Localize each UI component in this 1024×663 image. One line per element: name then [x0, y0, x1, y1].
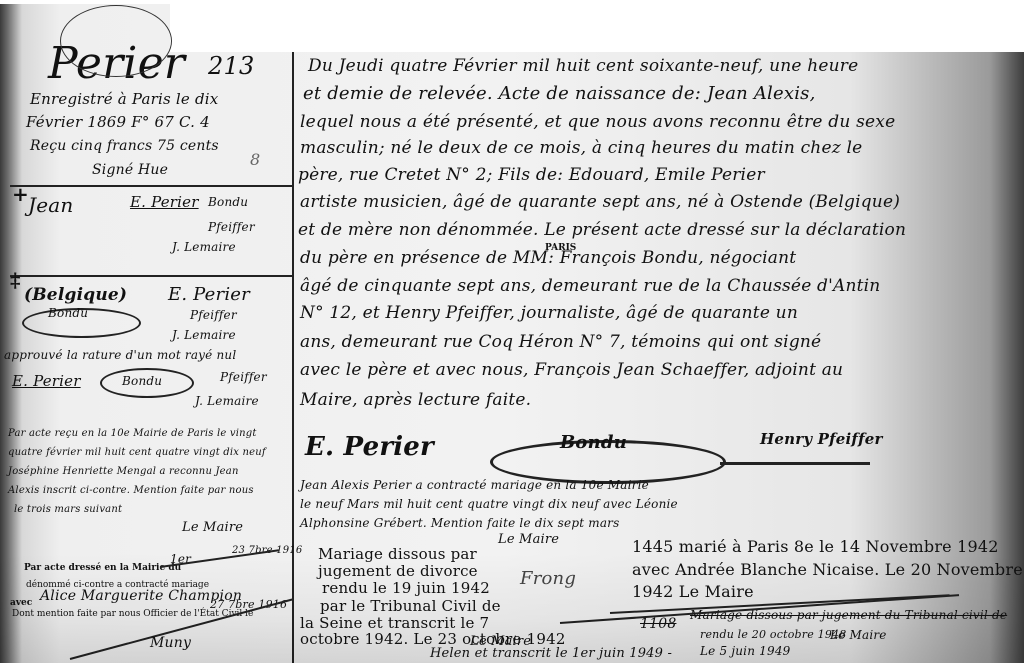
act-line: et demie de relevée. Acte de naissance d… — [303, 83, 816, 104]
marriage2-line: 1942 Le Maire — [632, 582, 754, 601]
scan-border — [0, 0, 170, 4]
double-cross-mark: ‡ — [10, 268, 20, 292]
act-line: père, rue Cretet N° 2; Fils de: Edouard,… — [298, 165, 765, 185]
marriage-mention-line: Alphonsine Grébert. Mention faite le dix… — [300, 516, 619, 530]
divorce-signature: Le Maire — [470, 634, 531, 649]
marriage-mention-signature: Le Maire — [498, 532, 559, 547]
printed-mention-signature: Muny — [150, 635, 191, 651]
signature-bondu: Bondu — [560, 432, 627, 453]
registration-line: Signé Hue — [92, 162, 168, 178]
margin-rule — [10, 185, 292, 187]
approval-signature-officer: J. Lemaire — [195, 394, 259, 408]
signature-perier: E. Perier — [305, 432, 434, 462]
divorce-line: octobre 1942. Le 23 octobre 1942 — [300, 630, 566, 648]
divorce-line: Mariage dissous par — [318, 545, 477, 563]
approval-note: approuvé la rature d'un mot rayé nul — [4, 348, 236, 362]
strike-line — [560, 594, 959, 624]
mention-line: Joséphine Henriette Mengal a reconnu Jea… — [8, 466, 239, 477]
signature-pfeiffer: Pfeiffer — [190, 308, 237, 322]
registration-line: Enregistré à Paris le dix — [30, 90, 218, 108]
dissolution-date: Le 5 juin 1949 — [700, 644, 791, 658]
dissolution-line: rendu le 20 octobre 1948 — [700, 628, 846, 641]
approval-signature-pfeiffer: Pfeiffer — [220, 370, 267, 384]
flourish-decoration — [60, 5, 172, 77]
given-name: Jean — [28, 193, 73, 217]
act-line: ans, demeurant rue Coq Héron N° 7, témoi… — [300, 332, 821, 352]
printed-mention-date: 27 7bre 1916 — [210, 598, 287, 611]
marriage2-line: 1445 marié à Paris 8e le 14 Novembre 194… — [632, 537, 999, 556]
margin-rule — [10, 275, 292, 277]
signature-perier: E. Perier — [168, 284, 250, 305]
mention-line: quatre février mil huit cent quatre ving… — [8, 447, 266, 458]
dissolution-signature: Le Maire — [830, 628, 887, 642]
mention-line: Par acte reçu en la 10e Mairie de Paris … — [8, 428, 257, 439]
strike-line — [70, 599, 293, 660]
signature-underline — [720, 462, 870, 465]
divorce-line: par le Tribunal Civil de — [320, 597, 501, 615]
signature-officer: J. Lemaire — [172, 240, 236, 254]
marriage2-line: avec Andrée Blanche Nicaise. Le 20 Novem… — [632, 560, 1023, 579]
act-number: 213 — [208, 52, 254, 80]
signature-officer: J. Lemaire — [172, 328, 236, 342]
dissolution-number: 1108 — [640, 616, 676, 632]
cross-mark: + — [12, 182, 29, 206]
act-line: et de mère non dénommée. Le présent acte… — [298, 220, 906, 240]
act-line: Maire, après lecture faite. — [300, 390, 531, 410]
act-line: avec le père et avec nous, François Jean… — [300, 360, 843, 380]
transcription-note: Helen et transcrit le 1er juin 1949 - — [430, 646, 672, 661]
marriage-mention-line: le neuf Mars mil huit cent quatre vingt … — [300, 497, 678, 511]
printed-mention-line: dénommé ci-contre a contracté mariage — [26, 580, 209, 590]
strike-line — [160, 549, 279, 568]
marriage-mention-line: Jean Alexis Perier a contracté mariage e… — [300, 478, 649, 492]
signature-bondu: Bondu — [208, 195, 248, 209]
act-line: âgé de cinquante sept ans, demeurant rue… — [300, 276, 880, 296]
scanned-register-page: Perier 213 Enregistré à Paris le dix Fév… — [0, 0, 1024, 663]
signature-perier: E. Perier — [130, 193, 199, 211]
mention-signature: Le Maire — [182, 520, 243, 535]
mention-line: Alexis inscrit ci-contre. Mention faite … — [8, 485, 254, 496]
printed-mention-line: Par acte dressé en la Mairie du — [24, 563, 181, 573]
printed-mention-line: Dont mention faite par nous Officier de … — [12, 609, 253, 619]
divorce-signature-name: Frong — [520, 568, 576, 589]
strike-line — [610, 594, 950, 614]
registration-note: 8 — [250, 150, 260, 169]
act-line: masculin; né le deux de ce mois, à cinq … — [300, 138, 862, 158]
belgique-label: (Belgique) — [24, 285, 127, 305]
act-line: N° 12, et Henry Pfeiffer, journaliste, â… — [300, 303, 798, 323]
printed-mention-avec: avec — [10, 598, 32, 608]
printed-mention-arrondissement: 1er — [170, 552, 191, 566]
divorce-line: rendu le 19 juin 1942 — [322, 579, 490, 597]
act-line: du père en présence de MM: François Bond… — [300, 248, 796, 268]
divorce-line: la Seine et transcrit le 7 — [300, 614, 489, 632]
signature-bondu: Bondu — [48, 306, 88, 320]
act-line: lequel nous a été présenté, et que nous … — [300, 112, 895, 132]
act-line: Du Jeudi quatre Février mil huit cent so… — [308, 56, 858, 76]
registration-line: Reçu cinq francs 75 cents — [30, 138, 219, 154]
registration-line: Février 1869 F° 67 C. 4 — [26, 113, 210, 131]
printed-mention-spouse: Alice Marguerite Champion — [40, 588, 242, 604]
signature-pfeiffer: Pfeiffer — [208, 220, 255, 234]
column-divider — [292, 52, 294, 663]
scan-border — [170, 0, 1024, 52]
mention-line: le trois mars suivant — [14, 504, 122, 515]
approval-signature-bondu: Bondu — [122, 374, 162, 388]
approval-signature-perier: E. Perier — [12, 372, 81, 390]
signature-pfeiffer: Henry Pfeiffer — [760, 430, 883, 448]
act-line: artiste musicien, âgé de quarante sept a… — [300, 192, 900, 212]
dissolution-text: Mariage dissous par jugement du Tribunal… — [690, 608, 1007, 622]
divorce-line: jugement de divorce — [318, 562, 478, 580]
